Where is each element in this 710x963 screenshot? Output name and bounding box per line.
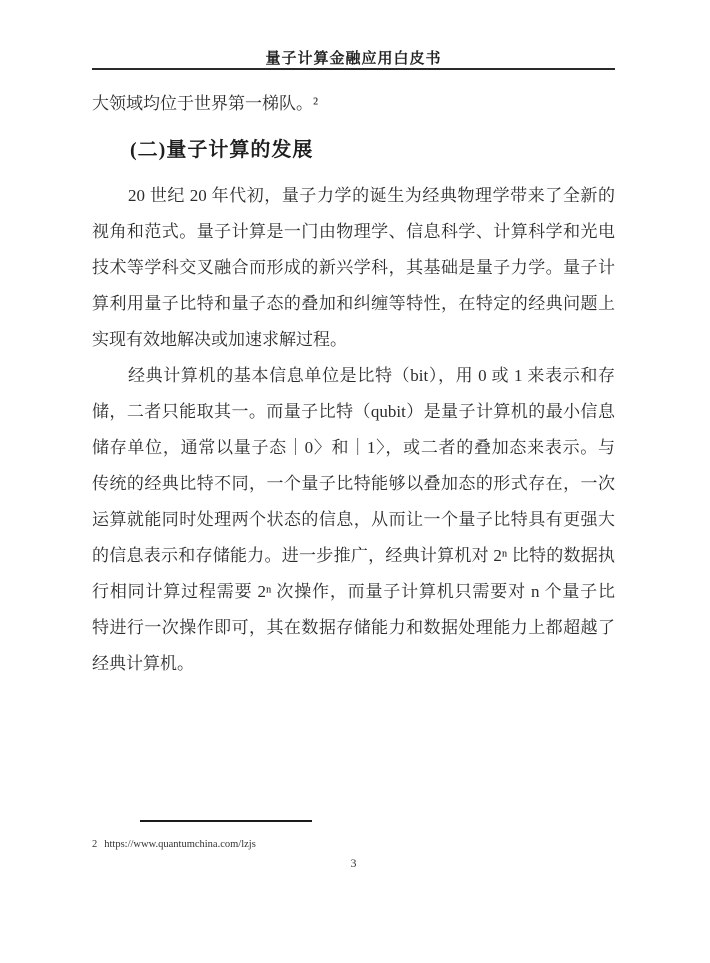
text-line: 特进行一次操作即可，其在数据存储能力和数据处理能力上都超越了 [92, 610, 615, 646]
text-line: 实现有效地解决或加速求解过程。 [92, 322, 615, 358]
text-line: 运算就能同时处理两个状态的信息，从而让一个量子比特具有更强大 [92, 502, 615, 538]
text-line: 经典计算机。 [92, 646, 615, 682]
text-line: 储，二者只能取其一。而量子比特（qubit）是量子计算机的最小信息 [92, 394, 615, 430]
body-text: 20 世纪 20 年代初，量子力学的诞生为经典物理学带来了全新的视角和范式。量子… [92, 178, 615, 682]
footnote-separator [140, 820, 312, 822]
paragraph-continuation: 大领域均位于世界第一梯队。² [92, 86, 615, 122]
text-line: 经典计算机的基本信息单位是比特（bit），用 0 或 1 来表示和存 [92, 358, 615, 394]
text-line: 传统的经典比特不同，一个量子比特能够以叠加态的形式存在，一次 [92, 466, 615, 502]
header-rule [92, 68, 615, 70]
text-line: 行相同计算过程需要 2ⁿ 次操作，而量子计算机只需要对 n 个量子比 [92, 574, 615, 610]
page-number: 3 [92, 856, 615, 871]
text-line: 技术等学科交叉融合而形成的新兴学科，其基础是量子力学。量子计 [92, 250, 615, 286]
text-line: 储存单位，通常以量子态｜0〉和｜1〉，或二者的叠加态来表示。与 [92, 430, 615, 466]
text-line: 大领域均位于世界第一梯队。² [92, 86, 615, 122]
section-heading: (二)量子计算的发展 [92, 134, 615, 166]
paragraph: 20 世纪 20 年代初，量子力学的诞生为经典物理学带来了全新的视角和范式。量子… [92, 178, 615, 358]
page-header-title: 量子计算金融应用白皮书 [92, 47, 615, 68]
text-line: 算利用量子比特和量子态的叠加和纠缠等特性，在特定的经典问题上 [92, 286, 615, 322]
footnote-marker: 2 [92, 839, 97, 850]
text-line: 视角和范式。量子计算是一门由物理学、信息科学、计算科学和光电 [92, 214, 615, 250]
paragraph: 经典计算机的基本信息单位是比特（bit），用 0 或 1 来表示和存储，二者只能… [92, 358, 615, 682]
text-line: 20 世纪 20 年代初，量子力学的诞生为经典物理学带来了全新的 [92, 178, 615, 214]
footnote: 2https://www.quantumchina.com/lzjs [92, 837, 615, 852]
footnote-url: https://www.quantumchina.com/lzjs [104, 839, 256, 850]
document-page: 量子计算金融应用白皮书 大领域均位于世界第一梯队。² (二)量子计算的发展 20… [0, 0, 710, 963]
text-line: 的信息表示和存储能力。进一步推广，经典计算机对 2ⁿ 比特的数据执 [92, 538, 615, 574]
